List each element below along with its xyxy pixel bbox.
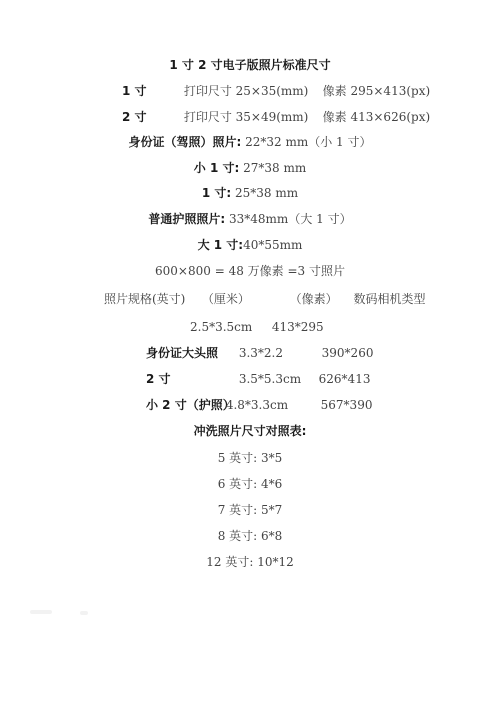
large-1cun-value: 40*55mm bbox=[243, 238, 302, 252]
table-cell-cm: 3.3*2.2 bbox=[239, 346, 318, 360]
scan-artifact bbox=[30, 610, 52, 614]
table-cell-px: 626*413 bbox=[319, 372, 371, 386]
table-header-cm: （厘米） bbox=[202, 292, 286, 306]
pixels-note: 600×800 = 48 万像素 =3 寸照片 bbox=[0, 264, 500, 278]
id-photo-line: 身份证（驾照）照片: 22*32 mm（小 1 寸） bbox=[0, 135, 500, 149]
spec-print-size: 打印尺寸 35×49(mm) bbox=[184, 110, 319, 124]
id-photo-value: 22*32 mm（小 1 寸） bbox=[241, 135, 371, 149]
table-cell-px: 390*260 bbox=[322, 346, 374, 360]
spec-size: 1 寸 bbox=[122, 84, 180, 98]
table-row: 小 2 寸（护照） 4.8*3.3cm 567*390 bbox=[146, 398, 372, 412]
table-cell-name: 小 2 寸（护照） bbox=[146, 398, 222, 412]
document-title: 1 寸 2 寸电子版照片标准尺寸 bbox=[0, 58, 500, 72]
print-size-item: 5 英寸: 3*5 bbox=[0, 451, 500, 465]
table-cell-cm: 2.5*3.5cm bbox=[190, 320, 268, 334]
spec-pixel-size: 像素 295×413(px) bbox=[323, 84, 431, 98]
table-row: 2.5*3.5cm 413*295 bbox=[190, 320, 324, 334]
scan-artifact bbox=[80, 611, 88, 615]
passport-line: 普通护照照片: 33*48mm（大 1 寸） bbox=[0, 212, 500, 226]
passport-value: 33*48mm（大 1 寸） bbox=[225, 212, 351, 226]
large-1cun-label: 大 1 寸: bbox=[198, 238, 244, 252]
small-1cun-line: 小 1 寸: 27*38 mm bbox=[0, 161, 500, 175]
table-cell-cm: 4.8*3.3cm bbox=[226, 398, 317, 412]
table-cell-px: 413*295 bbox=[272, 320, 324, 334]
table-row: 身份证大头照 3.3*2.2 390*260 bbox=[146, 346, 373, 360]
table-header: 照片规格(英寸) （厘米） （像素） 数码相机类型 bbox=[104, 292, 426, 306]
print-size-title: 冲洗照片尺寸对照表: bbox=[0, 424, 500, 438]
id-photo-label: 身份证（驾照）照片: bbox=[128, 135, 241, 149]
one-cun-value: 25*38 mm bbox=[231, 186, 298, 200]
passport-label: 普通护照照片: bbox=[148, 212, 225, 226]
print-size-item: 7 英寸: 5*7 bbox=[0, 503, 500, 517]
table-header-inches: 照片规格(英寸) bbox=[104, 292, 198, 306]
small-1cun-label: 小 1 寸: bbox=[194, 161, 240, 175]
print-size-item: 8 英寸: 6*8 bbox=[0, 529, 500, 543]
table-cell-cm: 3.5*5.3cm bbox=[239, 372, 315, 386]
spec-print-size: 打印尺寸 25×35(mm) bbox=[184, 84, 319, 98]
table-cell-px: 567*390 bbox=[321, 398, 373, 412]
spec-size: 2 寸 bbox=[122, 110, 180, 124]
large-1cun-line: 大 1 寸:40*55mm bbox=[0, 238, 500, 252]
print-size-item: 6 英寸: 4*6 bbox=[0, 477, 500, 491]
spec-pixel-size: 像素 413×626(px) bbox=[323, 110, 431, 124]
table-header-px: （像素） bbox=[290, 292, 350, 306]
table-cell-name: 身份证大头照 bbox=[146, 346, 235, 360]
print-size-item: 12 英寸: 10*12 bbox=[0, 555, 500, 569]
table-header-camera: 数码相机类型 bbox=[353, 292, 425, 306]
table-cell-name: 2 寸 bbox=[146, 372, 235, 386]
spec-row-2cun: 2 寸 打印尺寸 35×49(mm) 像素 413×626(px) bbox=[122, 110, 430, 124]
spec-row-1cun: 1 寸 打印尺寸 25×35(mm) 像素 295×413(px) bbox=[122, 84, 430, 98]
table-row: 2 寸 3.5*5.3cm 626*413 bbox=[146, 372, 370, 386]
small-1cun-value: 27*38 mm bbox=[239, 161, 306, 175]
one-cun-label: 1 寸: bbox=[202, 186, 231, 200]
one-cun-line: 1 寸: 25*38 mm bbox=[0, 186, 500, 200]
